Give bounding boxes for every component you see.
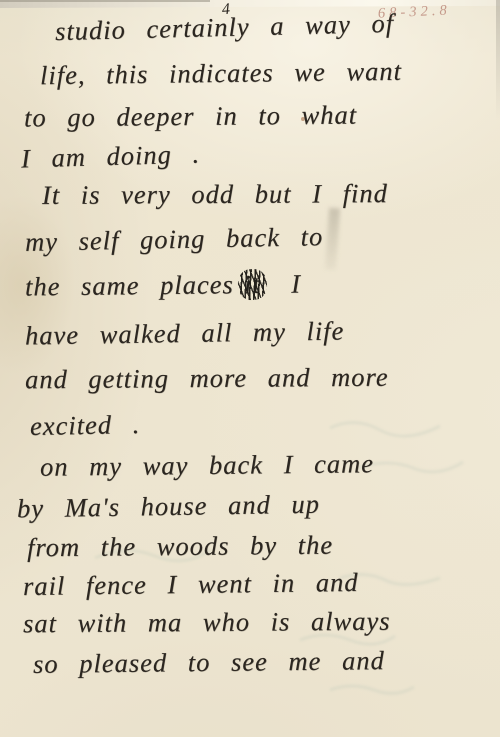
handwritten-line: the same placesit I: [25, 269, 301, 303]
handwritten-line: have walked all my life: [25, 315, 345, 351]
line-text: from the woods by the: [27, 530, 333, 563]
line-text: the same places: [25, 269, 234, 301]
line-text: by Ma's house and up: [17, 489, 320, 524]
handwritten-line: It is very odd but I find: [42, 178, 388, 211]
line-text: so pleased to see me and: [33, 645, 385, 679]
line-text: and getting more and more: [25, 362, 389, 395]
crossed-out-word: it: [237, 268, 268, 301]
line-text: have walked all my life: [25, 315, 345, 350]
handwritten-line: by Ma's house and up: [17, 489, 320, 525]
bleedthrough-stroke: [330, 422, 440, 436]
line-text: sat with ma who is always: [23, 606, 391, 639]
line-text: my self going back to: [25, 221, 324, 257]
line-text: on my way back I came: [40, 448, 374, 481]
handwritten-line: life, this indicates we want: [40, 56, 402, 91]
handwritten-line: I am doing .: [21, 139, 201, 175]
handwritten-line: and getting more and more: [25, 362, 389, 396]
line-text: excited .: [30, 409, 141, 441]
handwritten-line: from the woods by the: [27, 530, 333, 564]
line-text: rail fence I went in and: [23, 567, 359, 601]
handwritten-line: rail fence I went in and: [23, 567, 359, 602]
bleedthrough-stroke: [330, 686, 414, 693]
handwritten-line: so pleased to see me and: [33, 645, 385, 680]
handwritten-line: sat with ma who is always: [23, 606, 391, 640]
line-text-after-strike: I: [270, 269, 301, 299]
letter-page-scan: 4 68-32.8 studio certainly a way oflife,…: [0, 0, 500, 737]
line-text: life, this indicates we want: [40, 56, 402, 90]
handwritten-line: on my way back I came: [40, 448, 374, 482]
line-text: to go deeper in to what: [24, 100, 357, 133]
handwritten-line: my self going back to: [25, 221, 324, 258]
handwritten-line: to go deeper in to what: [24, 100, 357, 134]
handwritten-line: excited .: [30, 409, 141, 442]
line-text: It is very odd but I find: [42, 178, 388, 210]
line-text: I am doing .: [21, 139, 201, 174]
